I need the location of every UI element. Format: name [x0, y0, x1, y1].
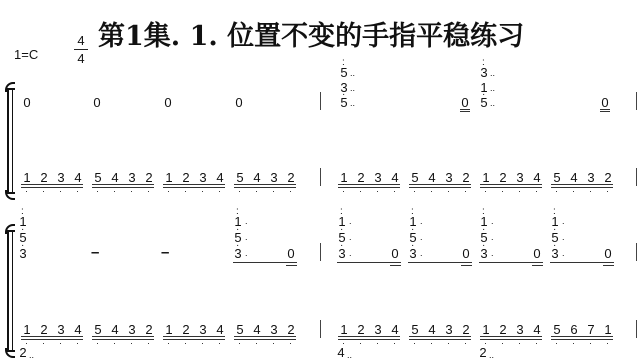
chord-note: 5 [479, 96, 489, 109]
sixteenth-note: 5 [410, 171, 420, 184]
time-sig-bottom: 4 [74, 51, 88, 66]
sixteenth-note: 5 [552, 323, 562, 336]
dot: . [562, 248, 565, 258]
barline [320, 320, 321, 338]
sixteenth-note: 2 [39, 171, 49, 184]
sixteenth-note: 4 [73, 171, 83, 184]
sixteenth-note: 3 [198, 323, 208, 336]
sixteenth-note: 2 [498, 323, 508, 336]
barline [636, 168, 637, 186]
barline [320, 168, 321, 186]
sixteenth-note: 2 [286, 323, 296, 336]
sustain-dash: – [91, 244, 99, 261]
dot: . [420, 248, 423, 258]
sixteenth-note: 1 [481, 323, 491, 336]
sixteenth-note: 3 [198, 171, 208, 184]
rest-note: 0 [460, 96, 470, 112]
rest-note: 0 [92, 96, 102, 109]
sixteenth-note: 1 [22, 171, 32, 184]
bass-note: 2 [18, 346, 28, 359]
sixteenth-note: 2 [181, 171, 191, 184]
sixteenth-note: 2 [356, 171, 366, 184]
sixteenth-note: 1 [603, 323, 613, 336]
sixteenth-note: 4 [215, 171, 225, 184]
chord-note: 5 [339, 96, 349, 109]
rest-note: 0 [286, 247, 296, 260]
time-sig-divider [74, 49, 88, 50]
dot: . [562, 216, 565, 226]
sixteenth-note: 4 [252, 323, 262, 336]
beam [234, 339, 296, 340]
underline [479, 262, 543, 263]
sixteenth-note: 2 [286, 171, 296, 184]
dot: . [245, 216, 248, 226]
sixteenth-note: 3 [127, 171, 137, 184]
beam [480, 187, 542, 188]
sixteenth-note: 5 [552, 171, 562, 184]
sixteenth-note: 3 [56, 171, 66, 184]
time-sig-top: 4 [74, 33, 88, 48]
sixteenth-note: 2 [144, 323, 154, 336]
sixteenth-note: 3 [127, 323, 137, 336]
rest-note: 0 [390, 247, 400, 260]
rest-note: 0 [163, 96, 173, 109]
sixteenth-note: 4 [110, 171, 120, 184]
chord-note: 3 [337, 247, 347, 260]
beam [409, 184, 471, 185]
underline [532, 265, 543, 266]
sixteenth-note: 2 [461, 323, 471, 336]
underline [408, 262, 472, 263]
sixteenth-note: 2 [181, 323, 191, 336]
beam [480, 339, 542, 340]
sixteenth-note: 3 [444, 323, 454, 336]
underline [337, 262, 401, 263]
time-signature: 4 4 [74, 33, 88, 66]
dot: . [491, 232, 494, 242]
dot: . [420, 232, 423, 242]
sixteenth-note: 2 [603, 171, 613, 184]
chord-note: 3 [233, 247, 243, 260]
sixteenth-note: 1 [22, 323, 32, 336]
sixteenth-note: 3 [444, 171, 454, 184]
beam [480, 184, 542, 185]
beam [338, 184, 400, 185]
chord-note: 3 [479, 247, 489, 260]
beam [234, 187, 296, 188]
sixteenth-note: 3 [373, 171, 383, 184]
beam [92, 184, 154, 185]
beam [338, 336, 400, 337]
beam [163, 339, 225, 340]
barline [636, 320, 637, 338]
sixteenth-note: 1 [481, 171, 491, 184]
beam [551, 336, 613, 337]
underline [461, 265, 472, 266]
sixteenth-note: 3 [56, 323, 66, 336]
beam [21, 184, 83, 185]
sixteenth-note: 3 [586, 171, 596, 184]
dots: .. [350, 83, 355, 93]
dots: .. [350, 68, 355, 78]
dots: .. [490, 98, 495, 108]
beam [551, 184, 613, 185]
sixteenth-note: 2 [144, 171, 154, 184]
dots: .. [29, 350, 34, 360]
bass-note: 2 [478, 346, 488, 359]
beam [480, 336, 542, 337]
underline [550, 262, 614, 263]
rest-note: 0 [461, 247, 471, 260]
sixteenth-note: 7 [586, 323, 596, 336]
sixteenth-note: 5 [93, 323, 103, 336]
beam [92, 339, 154, 340]
sixteenth-note: 2 [356, 323, 366, 336]
beam [163, 187, 225, 188]
chord-note: 5 [339, 66, 349, 79]
sixteenth-note: 1 [339, 171, 349, 184]
sixteenth-note: 4 [532, 323, 542, 336]
system1-brace-icon [7, 88, 15, 194]
sixteenth-note: 1 [164, 171, 174, 184]
system2-brace-icon [7, 230, 15, 352]
sustain-dash: – [161, 244, 169, 261]
sixteenth-note: 3 [269, 323, 279, 336]
sixteenth-note: 2 [39, 323, 49, 336]
dot: . [420, 216, 423, 226]
beam [551, 187, 613, 188]
dot: . [245, 232, 248, 242]
sixteenth-note: 3 [515, 171, 525, 184]
dot: . [491, 248, 494, 258]
dots: .. [350, 98, 355, 108]
rest-note: 0 [234, 96, 244, 109]
sixteenth-note: 4 [427, 171, 437, 184]
chord-note: 3 [18, 247, 28, 260]
sixteenth-note: 2 [498, 171, 508, 184]
key-signature: 1=C [14, 47, 38, 62]
sixteenth-note: 3 [515, 323, 525, 336]
beam [92, 336, 154, 337]
sixteenth-note: 4 [73, 323, 83, 336]
beam [21, 187, 83, 188]
sixteenth-note: 6 [569, 323, 579, 336]
sixteenth-note: 4 [390, 171, 400, 184]
beam [551, 339, 613, 340]
dot: . [562, 232, 565, 242]
sixteenth-note: 5 [235, 171, 245, 184]
sixteenth-note: 4 [532, 171, 542, 184]
dots: .. [489, 350, 494, 360]
beam [409, 187, 471, 188]
sixteenth-note: 1 [339, 323, 349, 336]
sixteenth-note: 3 [373, 323, 383, 336]
barline [636, 243, 637, 261]
barline [320, 243, 321, 261]
sixteenth-note: 4 [569, 171, 579, 184]
beam [338, 339, 400, 340]
beam [409, 336, 471, 337]
chord-note: 3 [408, 247, 418, 260]
beam [163, 336, 225, 337]
sixteenth-note: 4 [215, 323, 225, 336]
sixteenth-note: 2 [461, 171, 471, 184]
sixteenth-note: 5 [410, 323, 420, 336]
dot: . [349, 232, 352, 242]
rest-note: 0 [600, 96, 610, 112]
sixteenth-note: 5 [235, 323, 245, 336]
beam [409, 339, 471, 340]
sixteenth-note: 5 [93, 171, 103, 184]
chord-note: 3 [479, 66, 489, 79]
dots: .. [490, 68, 495, 78]
sixteenth-note: 3 [269, 171, 279, 184]
sixteenth-note: 4 [252, 171, 262, 184]
rest-note: 0 [22, 96, 32, 109]
underline [390, 265, 401, 266]
underline [286, 265, 297, 266]
sixteenth-note: 4 [427, 323, 437, 336]
underline [603, 265, 614, 266]
beam [234, 336, 296, 337]
dot: . [245, 248, 248, 258]
barline [320, 92, 321, 110]
rest-note: 0 [603, 247, 613, 260]
sixteenth-note: 4 [110, 323, 120, 336]
dot: . [349, 216, 352, 226]
beam [92, 187, 154, 188]
beam [21, 339, 83, 340]
bass-note: 4 [336, 346, 346, 359]
beam [163, 184, 225, 185]
dot: . [349, 248, 352, 258]
dots: .. [490, 83, 495, 93]
dot: . [491, 216, 494, 226]
beam [21, 336, 83, 337]
beam [338, 187, 400, 188]
dots: .. [347, 350, 352, 360]
underline [233, 262, 297, 263]
sheet-title: 第1集. 1. 位置不变的手指平稳练习 [98, 14, 524, 53]
rest-note: 0 [532, 247, 542, 260]
beam [234, 184, 296, 185]
sixteenth-note: 4 [390, 323, 400, 336]
sixteenth-note: 1 [164, 323, 174, 336]
barline [636, 92, 637, 110]
chord-note: 3 [550, 247, 560, 260]
